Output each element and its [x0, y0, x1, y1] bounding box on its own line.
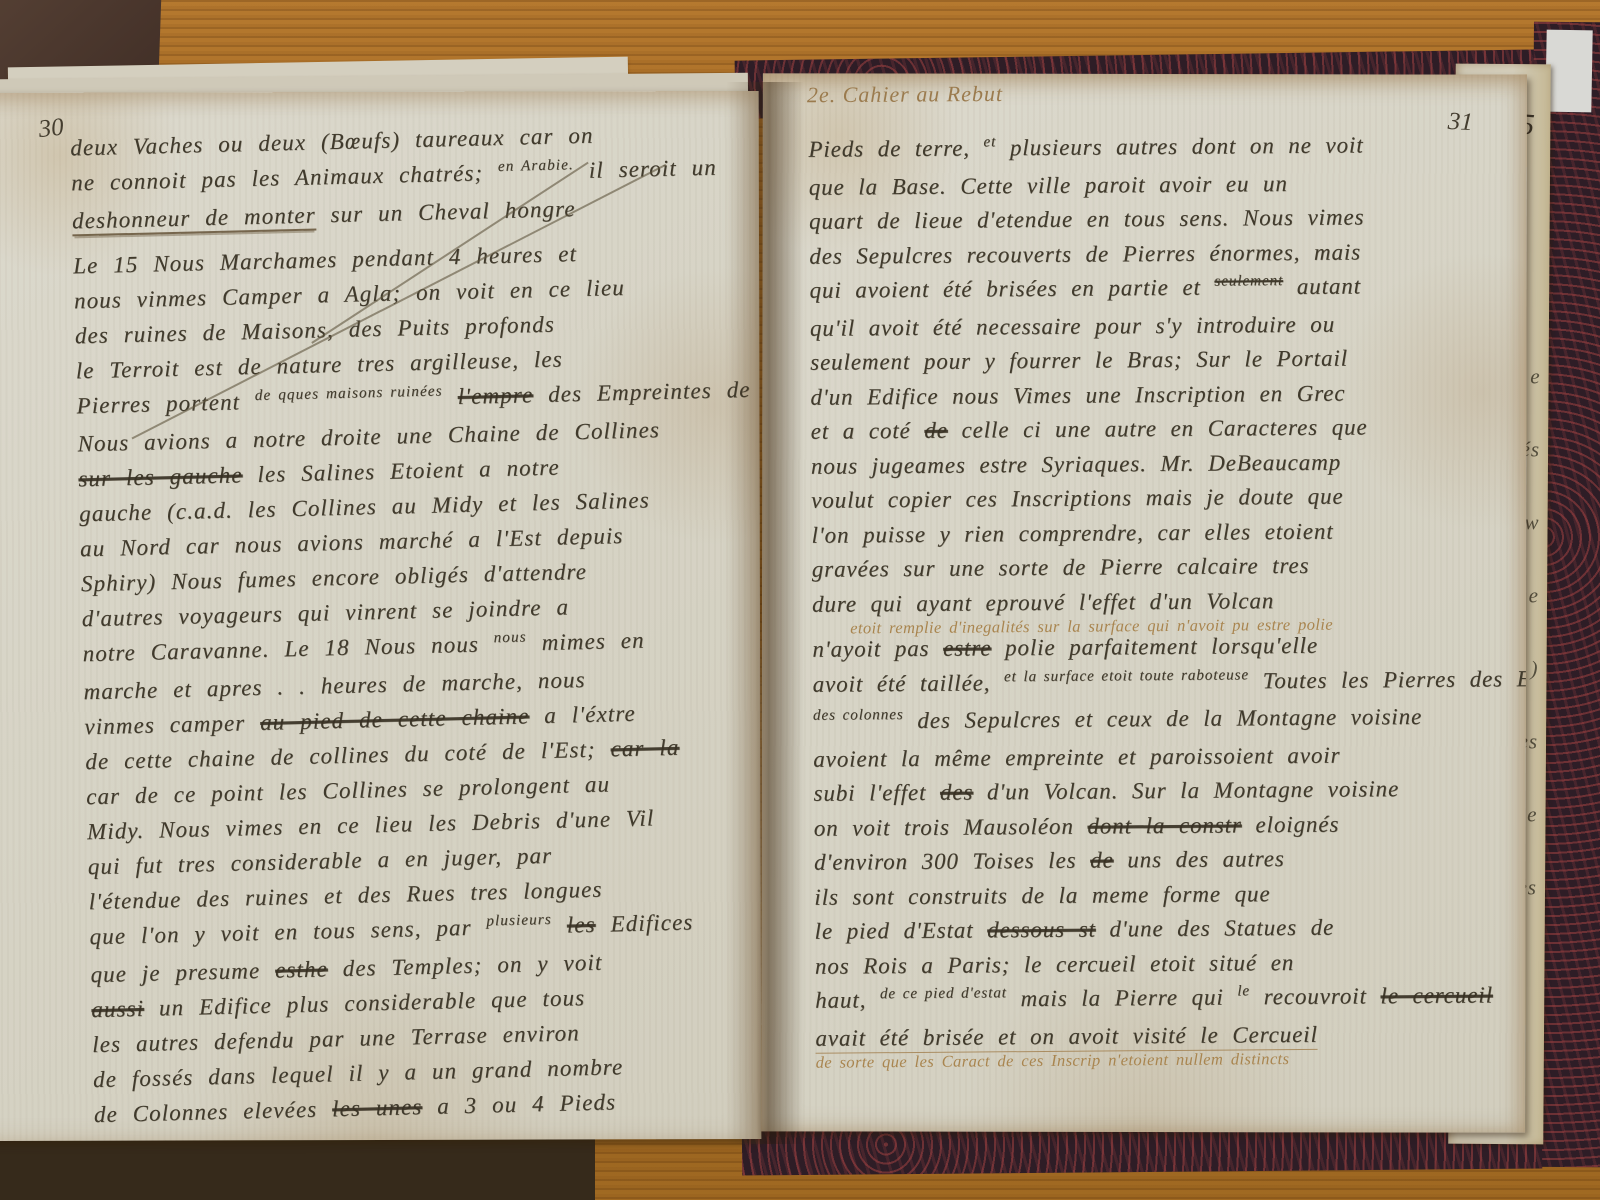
cahier-header-annotation: 2e. Cahier au Rebut — [807, 81, 1003, 108]
manuscript-line: des Sepulcres recouverts de Pierres énor… — [809, 234, 1509, 274]
manuscript-line: on voit trois Mausoléon dont la constr e… — [814, 806, 1514, 846]
text-fragment: ) — [1530, 656, 1538, 681]
text-fragment: e — [1529, 583, 1540, 608]
manuscript-line: quart de lieue d'etendue en tous sens. N… — [809, 199, 1509, 239]
left-page: 30 deux Vaches ou deux (Bœufs) taureaux … — [0, 91, 761, 1141]
manuscript-line: et a coté de celle ci une autre en Carac… — [811, 409, 1511, 449]
manuscript-line: des colonnes des Sepulcres et ceux de la… — [813, 699, 1513, 742]
manuscript-line: avoit été taillée, et la surface etoit t… — [813, 662, 1513, 705]
right-page-text: Pieds de terre, et plusieurs autres dont… — [808, 127, 1515, 1066]
manuscript-line: n'ayoit pas estre polie parfaitement lor… — [812, 627, 1512, 667]
right-page: 2e. Cahier au Rebut 31 Pieds de terre, e… — [761, 73, 1527, 1132]
manuscript-line: le pied d'Estat dessous st d'une des Sta… — [814, 909, 1514, 949]
manuscript-line: gravées sur une sorte de Pierre calcaire… — [812, 547, 1512, 587]
manuscript-line: d'un Edifice nous Vimes une Inscription … — [810, 375, 1510, 415]
left-page-number: 30 — [37, 114, 65, 145]
background-object — [1545, 30, 1592, 113]
manuscript-line: nous jugeames estre Syriaques. Mr. DeBea… — [811, 444, 1511, 484]
manuscript-line: qu'il avoit été necessaire pour s'y intr… — [810, 306, 1510, 346]
manuscript-line: voulut copier ces Inscriptions mais je d… — [811, 478, 1511, 518]
book-gutter-shadow — [726, 82, 804, 1144]
text-fragment: e — [1530, 364, 1541, 389]
manuscript-line: de sorte que les Caract de ces Inscrip n… — [816, 1047, 1516, 1072]
manuscript-line: subi l'effet des d'un Volcan. Sur la Mon… — [813, 771, 1513, 811]
manuscript-line: seulement pour y fourrer le Bras; Sur le… — [810, 340, 1510, 380]
manuscript-line: nos Rois a Paris; le cercueil etoit situ… — [815, 944, 1515, 984]
manuscript-line: qui avoient été brisées en partie et seu… — [809, 268, 1509, 311]
manuscript-line: avoient la même empreinte et paroissoien… — [813, 737, 1513, 777]
manuscript-line: que la Base. Cette ville paroit avoir eu… — [809, 165, 1509, 205]
manuscript-line: haut, de ce pied d'estat mais la Pierre … — [815, 978, 1515, 1021]
manuscript-photo: { "scene": { "description": "Open handwr… — [0, 0, 1600, 1200]
manuscript-line: Pieds de terre, et plusieurs autres dont… — [808, 127, 1508, 170]
left-page-text: deux Vaches ou deux (Bœufs) taureaux car… — [70, 114, 761, 1133]
manuscript-line: d'environ 300 Toises les de uns des autr… — [814, 840, 1514, 880]
manuscript-line: ils sont construits de la meme forme que — [814, 875, 1514, 915]
manuscript-line: l'on puisse y rien comprendre, car elles… — [811, 513, 1511, 553]
